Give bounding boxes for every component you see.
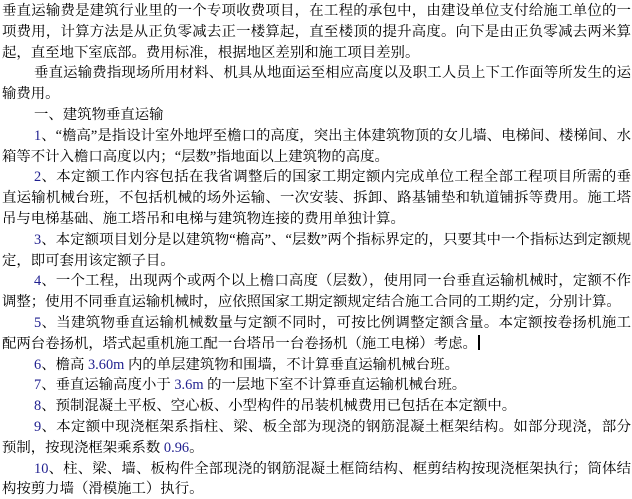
- paragraph-item-5: 5、当建筑物垂直运输机械数量与定额不同时，可按比例调整定额含量。本定额按卷扬机施…: [2, 313, 631, 355]
- latin-number: 8: [34, 398, 41, 414]
- latin-number: 10: [34, 461, 48, 477]
- document-text-area[interactable]: 垂直运输费是建筑行业里的一个专项收费项目，在工程的承包中，由建设单位支付给施工单…: [0, 0, 632, 499]
- paragraph-item-10: 10、柱、梁、墙、板构件全部现浇的钢筋混凝土框筒结构、框剪结构按现浇框架执行；筒…: [2, 459, 631, 499]
- text-caret: [478, 335, 480, 350]
- paragraph-item-2: 2、本定额工作内容包括在我省调整后的国家工期定额内完成单位工程全部工程项目所需的…: [2, 167, 631, 229]
- paragraph-item-9: 9、本定额中现浇框架系指柱、梁、板全部为现浇的钢筋混凝土框架结构。如部分现浇，部…: [2, 417, 631, 459]
- paragraph-intro: 垂直运输费是建筑行业里的一个专项收费项目，在工程的承包中，由建设单位支付给施工单…: [2, 1, 631, 63]
- latin-number: 0.96: [164, 440, 189, 456]
- latin-number: 5: [34, 315, 41, 331]
- paragraph-item-7: 7、垂直运输高度小于 3.6m 的一层地下室不计算垂直运输机械台班。: [2, 375, 631, 396]
- latin-number: 3.6m: [174, 377, 203, 393]
- latin-number: 1: [34, 128, 41, 144]
- paragraph-item-1: 1、“檐高”是指设计室外地坪至檐口的高度，突出主体建筑物顶的女儿墙、电梯间、楼梯…: [2, 126, 631, 168]
- paragraph-item-4: 4、一个工程，出现两个或两个以上檐口高度（层数），使用同一台垂直运输机械时，定额…: [2, 271, 631, 313]
- latin-number: 7: [34, 377, 41, 393]
- latin-number: 2: [34, 169, 41, 185]
- paragraph-item-6: 6、檐高 3.60m 内的单层建筑物和围墙，不计算垂直运输机械台班。: [2, 355, 631, 376]
- paragraph-definition: 垂直运输费指现场所用材料、机具从地面运至相应高度以及职工人员上下工作面等所发生的…: [2, 63, 631, 105]
- paragraph-section-heading: 一、建筑物垂直运输: [2, 105, 631, 126]
- paragraph-item-3: 3、本定额项目划分是以建筑物“檐高”、“层数”两个指标界定的，只要其中一个指标达…: [2, 230, 631, 272]
- latin-number: 6: [34, 357, 41, 373]
- latin-number: 4: [34, 273, 41, 289]
- latin-number: 9: [34, 419, 41, 435]
- latin-number: 3.60m: [88, 357, 124, 373]
- paragraph-item-8: 8、预制混凝土平板、空心板、小型构件的吊装机械费用已包括在本定额中。: [2, 396, 631, 417]
- latin-number: 3: [34, 232, 41, 248]
